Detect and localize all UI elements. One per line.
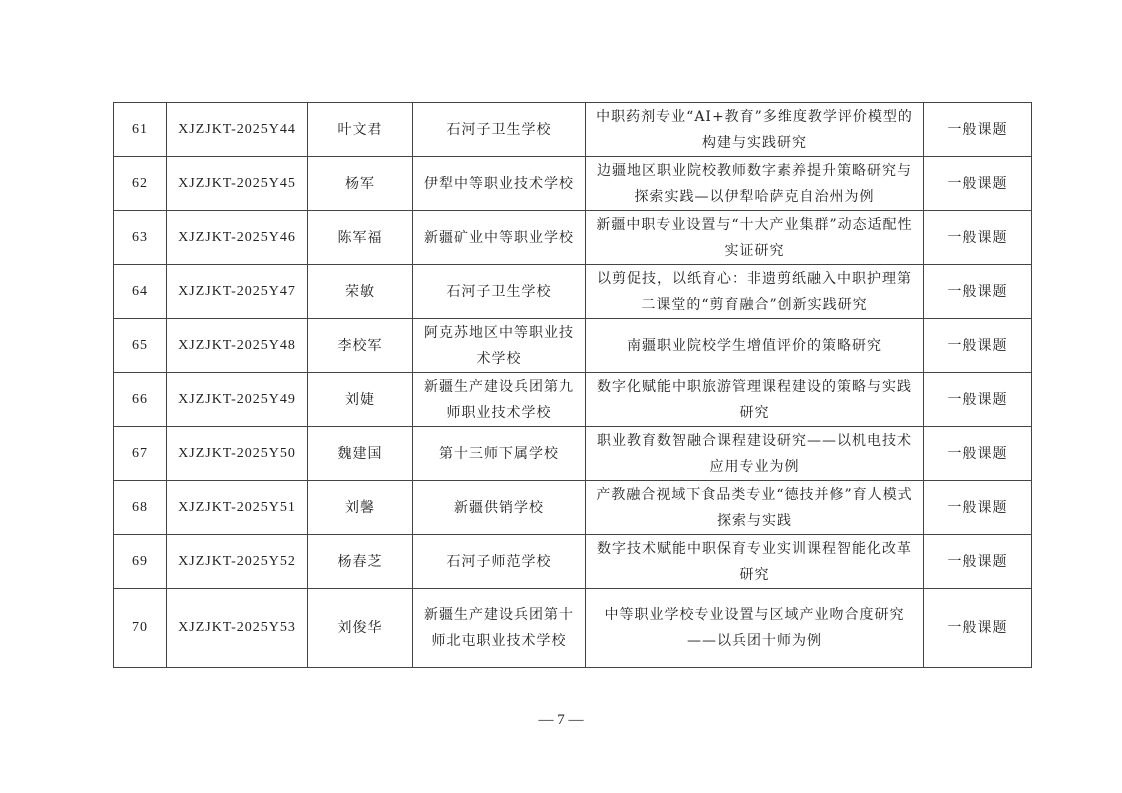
school-name: 第十三师下属学校 bbox=[413, 427, 586, 481]
project-code: XJZJKT-2025Y51 bbox=[167, 481, 308, 535]
project-title: 数字技术赋能中职保育专业实训课程智能化改革研究 bbox=[586, 535, 924, 589]
applicant-name: 刘婕 bbox=[308, 373, 413, 427]
applicant-name: 刘俊华 bbox=[308, 589, 413, 668]
project-code: XJZJKT-2025Y48 bbox=[167, 319, 308, 373]
school-name: 阿克苏地区中等职业技术学校 bbox=[413, 319, 586, 373]
project-title: 新疆中职专业设置与“十大产业集群”动态适配性实证研究 bbox=[586, 211, 924, 265]
project-list-table: 61 XJZJKT-2025Y44 叶文君 石河子卫生学校 中职药剂专业“AI+… bbox=[113, 102, 1032, 668]
table-row: 65 XJZJKT-2025Y48 李校军 阿克苏地区中等职业技术学校 南疆职业… bbox=[114, 319, 1032, 373]
project-title: 以剪促技，以纸育心：非遗剪纸融入中职护理第二课堂的“剪育融合”创新实践研究 bbox=[586, 265, 924, 319]
applicant-name: 刘馨 bbox=[308, 481, 413, 535]
project-code: XJZJKT-2025Y46 bbox=[167, 211, 308, 265]
table-row: 64 XJZJKT-2025Y47 荣敏 石河子卫生学校 以剪促技，以纸育心：非… bbox=[114, 265, 1032, 319]
school-name: 石河子师范学校 bbox=[413, 535, 586, 589]
applicant-name: 杨军 bbox=[308, 157, 413, 211]
row-number: 69 bbox=[114, 535, 167, 589]
table-row: 70 XJZJKT-2025Y53 刘俊华 新疆生产建设兵团第十师北屯职业技术学… bbox=[114, 589, 1032, 668]
row-number: 61 bbox=[114, 103, 167, 157]
table-row: 67 XJZJKT-2025Y50 魏建国 第十三师下属学校 职业教育数智融合课… bbox=[114, 427, 1032, 481]
row-number: 70 bbox=[114, 589, 167, 668]
row-number: 65 bbox=[114, 319, 167, 373]
row-number: 62 bbox=[114, 157, 167, 211]
project-type: 一般课题 bbox=[924, 103, 1032, 157]
school-name: 新疆生产建设兵团第十师北屯职业技术学校 bbox=[413, 589, 586, 668]
project-title: 职业教育数智融合课程建设研究——以机电技术应用专业为例 bbox=[586, 427, 924, 481]
applicant-name: 李校军 bbox=[308, 319, 413, 373]
project-type: 一般课题 bbox=[924, 373, 1032, 427]
row-number: 67 bbox=[114, 427, 167, 481]
school-name: 石河子卫生学校 bbox=[413, 103, 586, 157]
school-name: 新疆生产建设兵团第九师职业技术学校 bbox=[413, 373, 586, 427]
applicant-name: 陈军福 bbox=[308, 211, 413, 265]
table-row: 61 XJZJKT-2025Y44 叶文君 石河子卫生学校 中职药剂专业“AI+… bbox=[114, 103, 1032, 157]
project-code: XJZJKT-2025Y53 bbox=[167, 589, 308, 668]
project-type: 一般课题 bbox=[924, 319, 1032, 373]
table-row: 69 XJZJKT-2025Y52 杨春芝 石河子师范学校 数字技术赋能中职保育… bbox=[114, 535, 1032, 589]
project-code: XJZJKT-2025Y50 bbox=[167, 427, 308, 481]
row-number: 63 bbox=[114, 211, 167, 265]
project-type: 一般课题 bbox=[924, 211, 1032, 265]
project-type: 一般课题 bbox=[924, 265, 1032, 319]
table-row: 68 XJZJKT-2025Y51 刘馨 新疆供销学校 产教融合视域下食品类专业… bbox=[114, 481, 1032, 535]
project-type: 一般课题 bbox=[924, 535, 1032, 589]
school-name: 石河子卫生学校 bbox=[413, 265, 586, 319]
project-type: 一般课题 bbox=[924, 481, 1032, 535]
school-name: 新疆供销学校 bbox=[413, 481, 586, 535]
project-code: XJZJKT-2025Y47 bbox=[167, 265, 308, 319]
applicant-name: 荣敏 bbox=[308, 265, 413, 319]
school-name: 伊犁中等职业技术学校 bbox=[413, 157, 586, 211]
applicant-name: 杨春芝 bbox=[308, 535, 413, 589]
table-row: 63 XJZJKT-2025Y46 陈军福 新疆矿业中等职业学校 新疆中职专业设… bbox=[114, 211, 1032, 265]
project-title: 中等职业学校专业设置与区域产业吻合度研究——以兵团十师为例 bbox=[586, 589, 924, 668]
project-title: 南疆职业院校学生增值评价的策略研究 bbox=[586, 319, 924, 373]
project-type: 一般课题 bbox=[924, 427, 1032, 481]
table-row: 66 XJZJKT-2025Y49 刘婕 新疆生产建设兵团第九师职业技术学校 数… bbox=[114, 373, 1032, 427]
school-name: 新疆矿业中等职业学校 bbox=[413, 211, 586, 265]
applicant-name: 叶文君 bbox=[308, 103, 413, 157]
project-code: XJZJKT-2025Y52 bbox=[167, 535, 308, 589]
table-row: 62 XJZJKT-2025Y45 杨军 伊犁中等职业技术学校 边疆地区职业院校… bbox=[114, 157, 1032, 211]
project-code: XJZJKT-2025Y44 bbox=[167, 103, 308, 157]
project-type: 一般课题 bbox=[924, 157, 1032, 211]
project-type: 一般课题 bbox=[924, 589, 1032, 668]
project-title: 数字化赋能中职旅游管理课程建设的策略与实践研究 bbox=[586, 373, 924, 427]
row-number: 68 bbox=[114, 481, 167, 535]
applicant-name: 魏建国 bbox=[308, 427, 413, 481]
project-title: 产教融合视域下食品类专业“德技并修”育人模式探索与实践 bbox=[586, 481, 924, 535]
project-title: 边疆地区职业院校教师数字素养提升策略研究与探索实践—以伊犁哈萨克自治州为例 bbox=[586, 157, 924, 211]
page-number: — 7 — bbox=[0, 712, 1122, 729]
project-code: XJZJKT-2025Y49 bbox=[167, 373, 308, 427]
row-number: 66 bbox=[114, 373, 167, 427]
row-number: 64 bbox=[114, 265, 167, 319]
project-code: XJZJKT-2025Y45 bbox=[167, 157, 308, 211]
project-title: 中职药剂专业“AI+教育”多维度教学评价模型的构建与实践研究 bbox=[586, 103, 924, 157]
